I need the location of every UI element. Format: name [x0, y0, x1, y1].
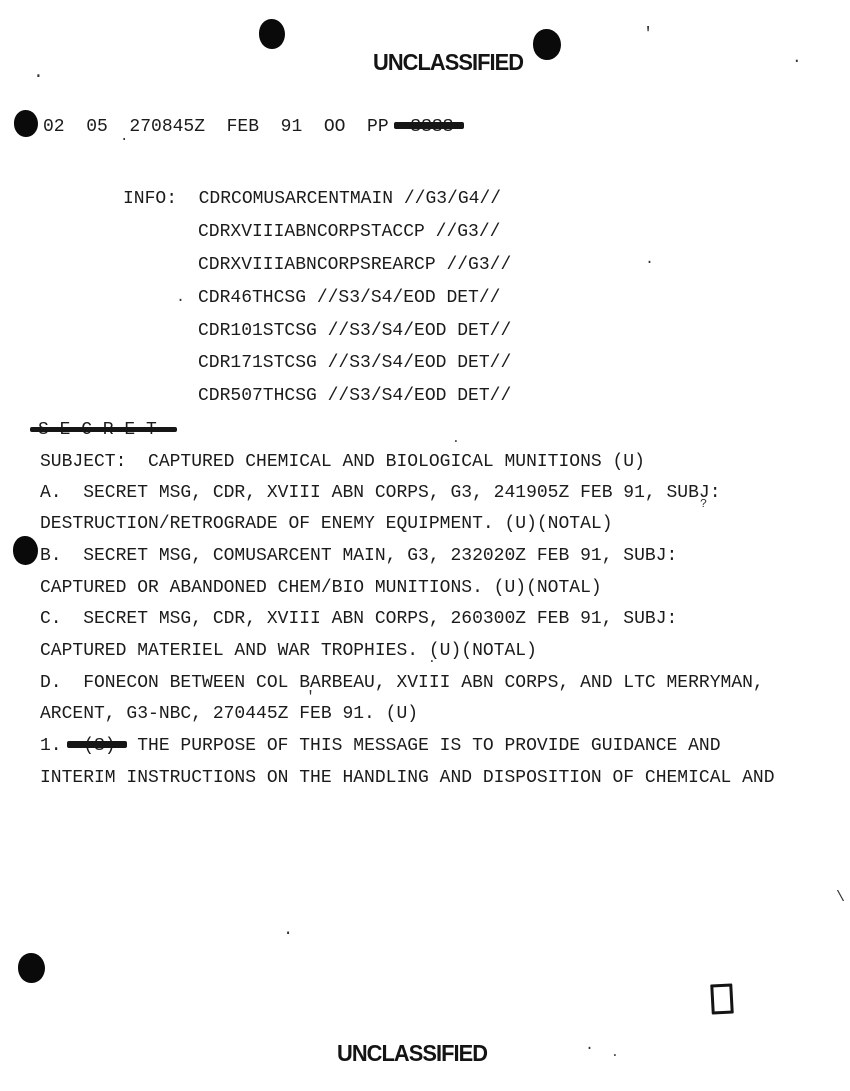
scan-speck: . — [428, 652, 436, 665]
scan-speck: \ — [836, 890, 845, 905]
message-line: CAPTURED MATERIEL AND WAR TROPHIES. (U)(… — [40, 641, 537, 661]
message-text: ARCENT, G3-NBC, 270445Z FEB 91. (U) — [40, 704, 418, 724]
message-text: CAPTURED MATERIEL AND WAR TROPHIES. (U)(… — [40, 641, 537, 661]
message-line: C. SECRET MSG, CDR, XVIII ABN CORPS, 260… — [40, 609, 677, 629]
message-line: SUBJECT: CAPTURED CHEMICAL AND BIOLOGICA… — [40, 452, 645, 472]
message-line: CDRXVIIIABNCORPSTACCP //G3// — [198, 222, 500, 242]
message-text: D. FONECON BETWEEN COL BARBEAU, XVIII AB… — [40, 673, 764, 693]
scan-speck: . — [33, 64, 44, 82]
scan-speck: . — [585, 1038, 594, 1053]
message-text: CDR101STCSG //S3/S4/EOD DET// — [198, 321, 511, 341]
scan-speck: . — [283, 922, 293, 939]
handdrawn-checkbox-mark — [710, 983, 734, 1014]
message-line: INTERIM INSTRUCTIONS ON THE HANDLING AND… — [40, 768, 775, 788]
message-text: CDR507THCSG //S3/S4/EOD DET// — [198, 386, 511, 406]
message-line: D. FONECON BETWEEN COL BARBEAU, XVIII AB… — [40, 673, 764, 693]
message-line: INFO: CDRCOMUSARCENTMAIN //G3/G4// — [123, 189, 501, 209]
message-line: CDRXVIIIABNCORPSREARCP //G3// — [198, 255, 511, 275]
hole-punch-mark — [13, 536, 38, 565]
scan-speck: . — [792, 50, 802, 66]
message-text: CDRXVIIIABNCORPSREARCP //G3// — [198, 255, 511, 275]
message-line: CDR507THCSG //S3/S4/EOD DET// — [198, 386, 511, 406]
message-line: A. SECRET MSG, CDR, XVIII ABN CORPS, G3,… — [40, 483, 721, 503]
hole-punch-mark — [259, 19, 285, 49]
message-text: CAPTURED OR ABANDONED CHEM/BIO MUNITIONS… — [40, 578, 602, 598]
scan-speck: ? — [700, 498, 707, 510]
message-line: CDR101STCSG //S3/S4/EOD DET// — [198, 321, 511, 341]
message-text: INFO: CDRCOMUSARCENTMAIN //G3/G4// — [123, 189, 501, 209]
scanned-document-page: UNCLASSIFIED 02 05 270845Z FEB 91 OO PP … — [0, 0, 850, 1091]
message-text: B. SECRET MSG, COMUSARCENT MAIN, G3, 232… — [40, 546, 677, 566]
message-text: CDR46THCSG //S3/S4/EOD DET// — [198, 288, 500, 308]
scan-speck: . — [645, 252, 654, 267]
message-line: 1. (S) THE PURPOSE OF THIS MESSAGE IS TO… — [40, 736, 721, 756]
scan-speck: ' — [306, 690, 315, 705]
message-line: B. SECRET MSG, COMUSARCENT MAIN, G3, 232… — [40, 546, 677, 566]
message-text: 02 05 270845Z FEB 91 OO PP — [43, 117, 410, 137]
header-classification-stamp: UNCLASSIFIED — [373, 49, 523, 76]
scan-speck: . — [611, 1046, 619, 1059]
hole-punch-mark — [14, 110, 38, 137]
message-text: DESTRUCTION/RETROGRADE OF ENEMY EQUIPMEN… — [40, 514, 613, 534]
scan-speck: . — [176, 290, 185, 305]
message-line: S E C R E T — [38, 420, 157, 440]
message-text: C. SECRET MSG, CDR, XVIII ABN CORPS, 260… — [40, 609, 677, 629]
scan-speck: . — [452, 432, 460, 445]
struck-classification-marking: SSSS — [410, 117, 453, 137]
message-line: 02 05 270845Z FEB 91 OO PP SSSS — [43, 117, 453, 137]
message-line: CDR46THCSG //S3/S4/EOD DET// — [198, 288, 500, 308]
message-text: CDRXVIIIABNCORPSTACCP //G3// — [198, 222, 500, 242]
footer-classification-stamp: UNCLASSIFIED — [337, 1040, 487, 1067]
message-text: THE PURPOSE OF THIS MESSAGE IS TO PROVID… — [116, 736, 721, 756]
message-text: INTERIM INSTRUCTIONS ON THE HANDLING AND… — [40, 768, 775, 788]
struck-classification-marking: S E C R E T — [38, 420, 157, 440]
message-text: A. SECRET MSG, CDR, XVIII ABN CORPS, G3,… — [40, 483, 721, 503]
message-text: SUBJECT: CAPTURED CHEMICAL AND BIOLOGICA… — [40, 452, 645, 472]
message-line: DESTRUCTION/RETROGRADE OF ENEMY EQUIPMEN… — [40, 514, 613, 534]
scan-speck: . — [120, 130, 128, 144]
message-line: CDR171STCSG //S3/S4/EOD DET// — [198, 353, 511, 373]
scan-speck: ' — [643, 26, 653, 43]
struck-classification-marking: (S) — [83, 736, 115, 756]
hole-punch-mark — [18, 953, 45, 983]
hole-punch-mark — [533, 29, 561, 60]
message-line: CAPTURED OR ABANDONED CHEM/BIO MUNITIONS… — [40, 578, 602, 598]
message-text: CDR171STCSG //S3/S4/EOD DET// — [198, 353, 511, 373]
message-line: ARCENT, G3-NBC, 270445Z FEB 91. (U) — [40, 704, 418, 724]
